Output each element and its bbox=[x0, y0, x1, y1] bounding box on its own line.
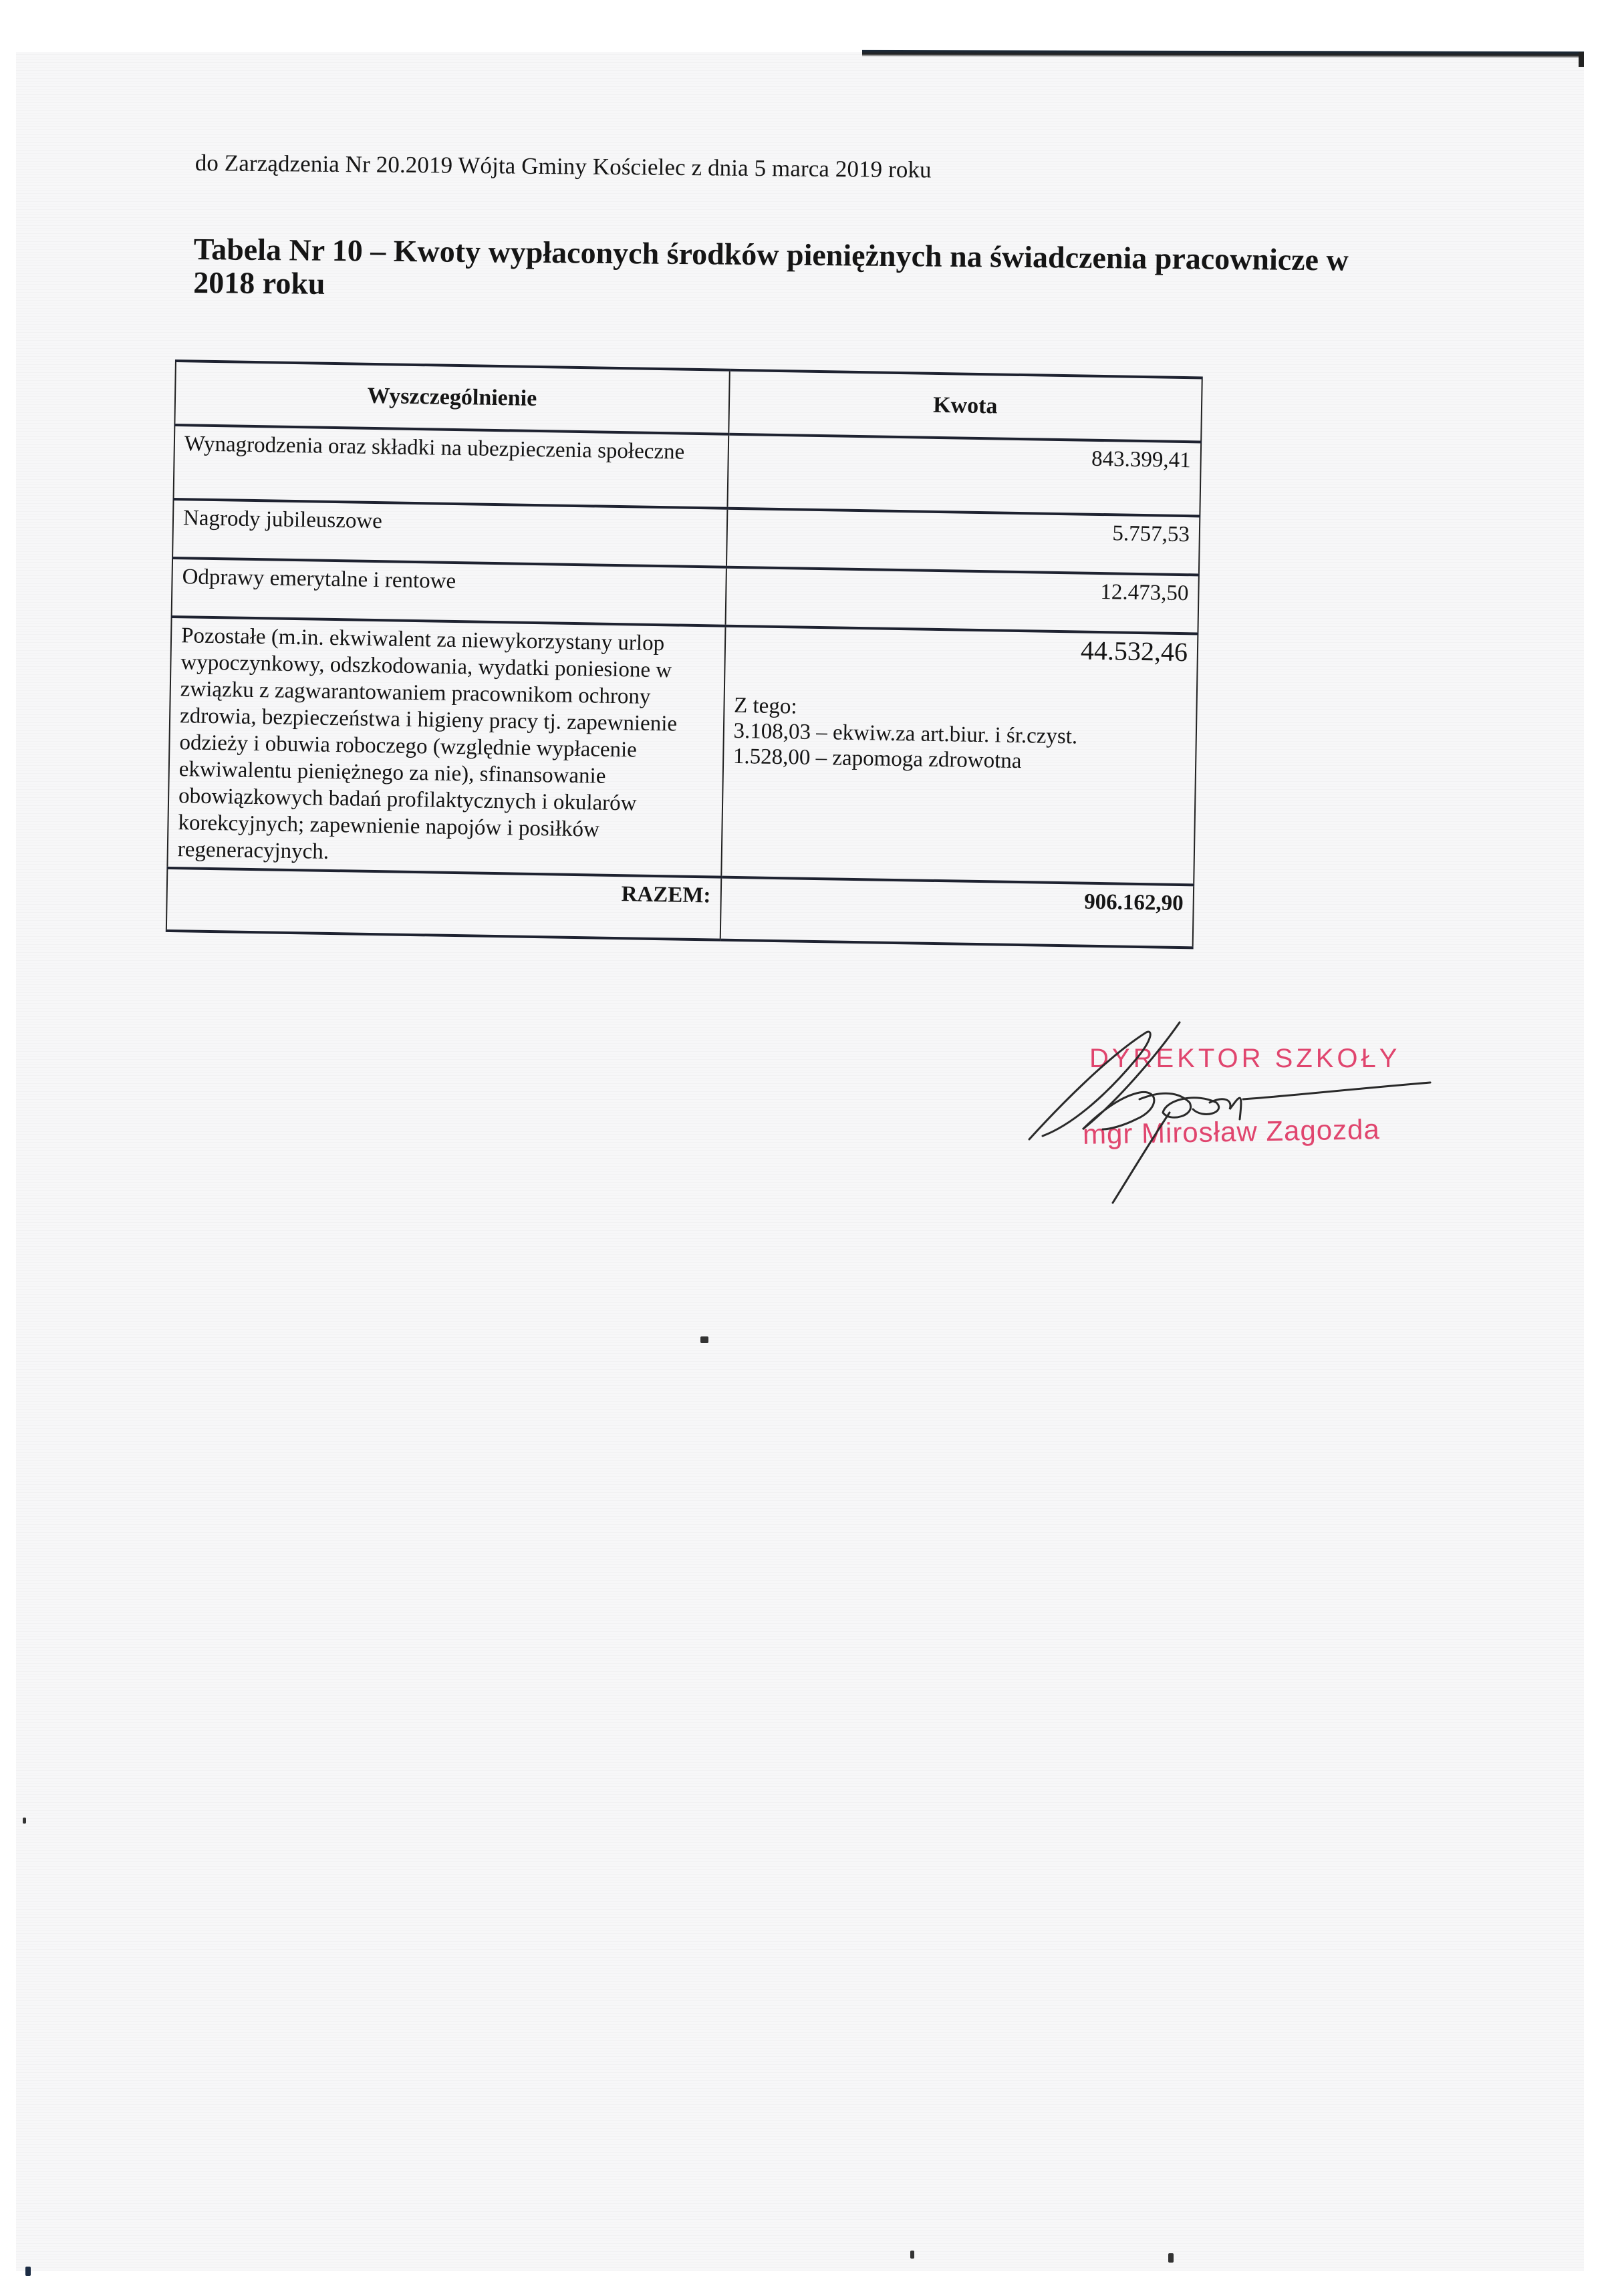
scan-speck bbox=[23, 1818, 26, 1824]
row-label: Nagrody jubileuszowe bbox=[172, 499, 727, 567]
handwritten-signature bbox=[1002, 1002, 1470, 1216]
row-label: Odprawy emerytalne i rentowe bbox=[172, 558, 726, 626]
column-header-amount: Kwota bbox=[728, 370, 1202, 442]
scan-speck bbox=[25, 2267, 31, 2276]
payments-table: Wyszczególnienie Kwota Wynagrodzenia ora… bbox=[166, 360, 1203, 949]
row-amount: 44.532,46 bbox=[734, 631, 1188, 666]
scan-speck bbox=[1168, 2253, 1174, 2263]
row-label: Wynagrodzenia oraz składki na ubezpiecze… bbox=[174, 425, 728, 509]
scan-speck bbox=[910, 2251, 914, 2259]
payments-table-wrapper: Wyszczególnienie Kwota Wynagrodzenia ora… bbox=[166, 360, 1203, 949]
row-amount-cell: 44.532,46 Z tego: 3.108,03 – ekwiw.za ar… bbox=[721, 626, 1198, 885]
scan-speck bbox=[700, 1336, 708, 1343]
scan-edge-right bbox=[1579, 52, 1584, 67]
column-header-description: Wyszczególnienie bbox=[174, 361, 729, 434]
row-amount: 843.399,41 bbox=[727, 434, 1201, 517]
amount-breakdown: Z tego: 3.108,03 – ekwiw.za art.biur. i … bbox=[733, 693, 1187, 776]
row-amount: 5.757,53 bbox=[726, 509, 1200, 575]
row-amount: 12.473,50 bbox=[725, 567, 1199, 634]
total-amount: 906.162,90 bbox=[720, 877, 1194, 948]
table-row: Pozostałe (m.in. ekwiwalent za niewykorz… bbox=[167, 617, 1198, 885]
document-title: Tabela Nr 10 – Kwoty wypłaconych środków… bbox=[193, 233, 1417, 311]
row-label: Pozostałe (m.in. ekwiwalent za niewykorz… bbox=[167, 617, 725, 877]
total-label: RAZEM: bbox=[166, 868, 721, 940]
